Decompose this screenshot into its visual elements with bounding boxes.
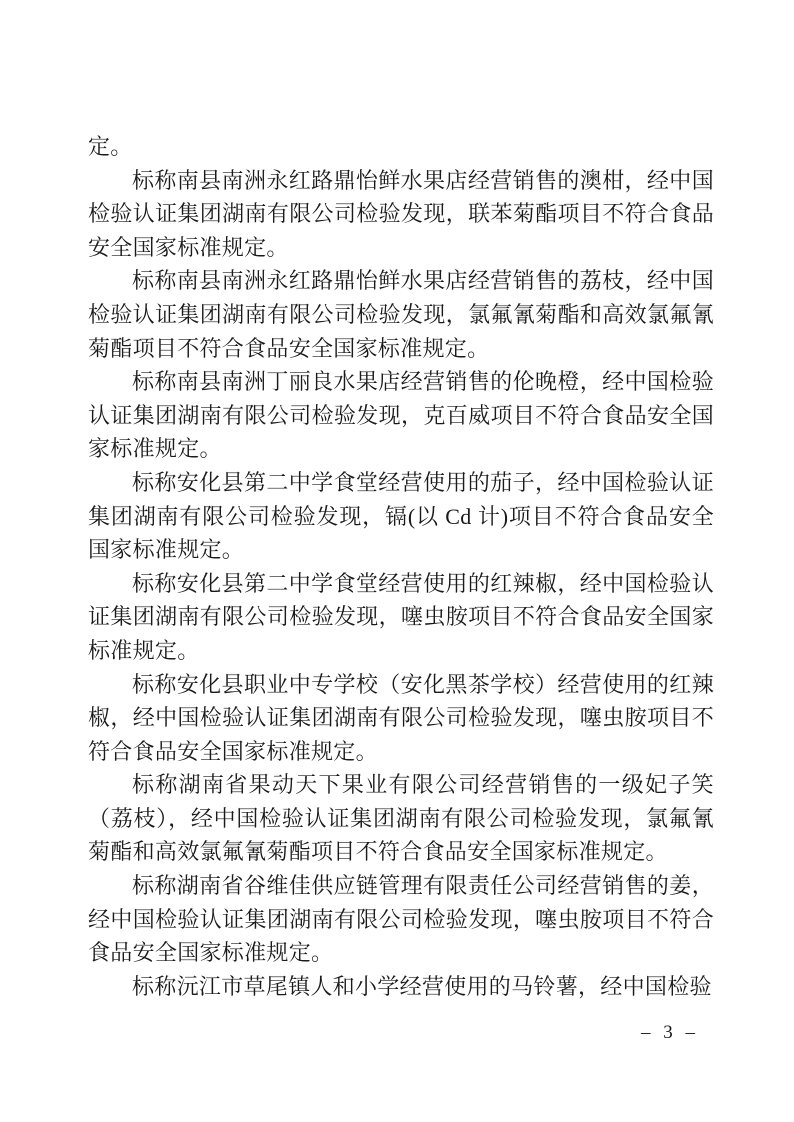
page-footer: – 3 – — [0, 1022, 794, 1046]
page-number: – 3 – — [641, 1022, 699, 1044]
body-paragraph: 标称沅江市草尾镇人和小学经营使用的马铃薯，经中国检验 — [88, 970, 714, 1004]
body-paragraph: 标称湖南省果动天下果业有限公司经营销售的一级妃子笑（荔枝），经中国检验认证集团湖… — [88, 768, 714, 869]
body-paragraph: 标称安化县职业中专学校（安化黑茶学校）经营使用的红辣椒，经中国检验认证集团湖南有… — [88, 668, 714, 769]
body-paragraph: 标称安化县第二中学食堂经营使用的红辣椒，经中国检验认证集团湖南有限公司检验发现，… — [88, 567, 714, 668]
body-paragraph: 标称南县南洲永红路鼎怡鲜水果店经营销售的荔枝，经中国检验认证集团湖南有限公司检验… — [88, 264, 714, 365]
body-paragraph: 定。 — [88, 130, 714, 164]
document-page: 定。 标称南县南洲永红路鼎怡鲜水果店经营销售的澳柑，经中国检验认证集团湖南有限公… — [0, 0, 794, 1122]
body-paragraph: 标称安化县第二中学食堂经营使用的茄子，经中国检验认证集团湖南有限公司检验发现，镉… — [88, 466, 714, 567]
body-paragraph: 标称湖南省谷维佳供应链管理有限责任公司经营销售的姜，经中国检验认证集团湖南有限公… — [88, 869, 714, 970]
body-paragraph: 标称南县南洲丁丽良水果店经营销售的伦晚橙，经中国检验认证集团湖南有限公司检验发现… — [88, 365, 714, 466]
body-paragraph: 标称南县南洲永红路鼎怡鲜水果店经营销售的澳柑，经中国检验认证集团湖南有限公司检验… — [88, 164, 714, 265]
document-body: 定。 标称南县南洲永红路鼎怡鲜水果店经营销售的澳柑，经中国检验认证集团湖南有限公… — [88, 130, 714, 1003]
